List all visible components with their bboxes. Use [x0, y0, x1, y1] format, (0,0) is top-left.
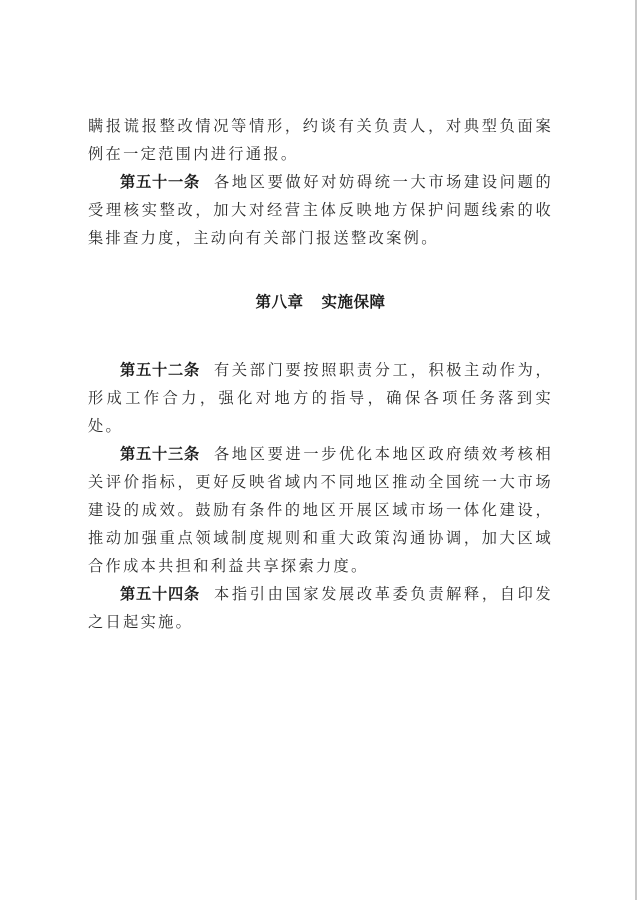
paragraph-text: 瞒报谎报整改情况等情形，约谈有关负责人，对典型负面案例在一定范围内进行通报。 [88, 117, 553, 163]
article-text: 各地区要进一步优化本地区政府绩效考核相关评价指标，更好反映省域内不同地区推动全国… [88, 445, 553, 575]
article-number: 第五十一条 [120, 173, 200, 191]
article-number: 第五十三条 [120, 445, 200, 463]
document-page: 瞒报谎报整改情况等情形，约谈有关负责人，对典型负面案例在一定范围内进行通报。 第… [0, 0, 637, 900]
article-52: 第五十二条有关部门要按照职责分工，积极主动作为，形成工作合力，强化对地方的指导，… [88, 356, 553, 440]
document-body: 瞒报谎报整改情况等情形，约谈有关负责人，对典型负面案例在一定范围内进行通报。 第… [88, 112, 553, 636]
chapter-heading: 第八章实施保障 [88, 288, 553, 316]
article-53: 第五十三条各地区要进一步优化本地区政府绩效考核相关评价指标，更好反映省域内不同地… [88, 440, 553, 580]
article-54: 第五十四条本指引由国家发展改革委负责解释，自印发之日起实施。 [88, 580, 553, 636]
chapter-title-text: 实施保障 [322, 293, 386, 311]
article-51: 第五十一条各地区要做好对妨碍统一大市场建设问题的受理核实整改，加大对经营主体反映… [88, 168, 553, 252]
chapter-number: 第八章 [255, 293, 303, 311]
article-number: 第五十二条 [120, 361, 200, 379]
article-number: 第五十四条 [120, 585, 200, 603]
paragraph-continuation: 瞒报谎报整改情况等情形，约谈有关负责人，对典型负面案例在一定范围内进行通报。 [88, 112, 553, 168]
